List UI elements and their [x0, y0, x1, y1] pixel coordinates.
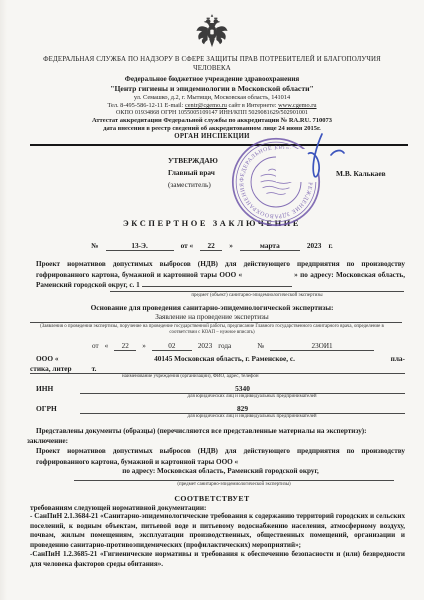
conclusion-caption: (предмет санитарно-эпидемиологической эк…	[74, 480, 394, 487]
org-wrap-fragment: пла-	[391, 354, 405, 363]
conclusion-text-1: Проект нормативов допустимых выбросов (Н…	[36, 447, 405, 465]
approver-position: Главный врач	[168, 167, 218, 179]
number-sign: №	[91, 241, 98, 250]
application-date-row: от « 22 » 02 2023 года № 23ОИ1	[92, 342, 404, 351]
conclusion-paragraph: Проект нормативов допустимых выбросов (Н…	[36, 446, 405, 466]
accreditation-date-line: дата внесения в реестр сведений об аккре…	[0, 125, 424, 132]
document-day: 22	[200, 241, 222, 251]
app-number-sign: №	[257, 342, 264, 350]
compliance-intro: требованиям следующей нормативной докуме…	[30, 504, 405, 512]
service-name: ФЕДЕРАЛЬНАЯ СЛУЖБА ПО НАДЗОРУ В СФЕРЕ ЗА…	[26, 56, 398, 74]
from-label: от «	[181, 241, 194, 250]
approve-labels: УТВЕРЖДАЮ Главный врач (заместитель)	[168, 155, 218, 190]
org-address-value: 40145 Московская область, г. Раменское, …	[59, 354, 391, 363]
norm-document-1: - СанПиН 2.1.3684-21 «Санитарно-эпидемио…	[30, 512, 405, 551]
basis-underline	[30, 321, 402, 323]
documents-intro: Представлены документы (образцы) (перечи…	[36, 426, 405, 436]
inn-value: 5340	[80, 384, 405, 394]
application-number: 23ОИ1	[270, 342, 374, 351]
application-day: 22	[114, 342, 136, 351]
app-close-quote: »	[142, 342, 146, 350]
application-year: 2023	[198, 342, 212, 350]
scanned-document-page: ФЕДЕРАЛЬНАЯ СЛУЖБА ПО НАДЗОРУ В СФЕРЕ ЗА…	[0, 0, 424, 600]
org-line2-value: т.	[82, 364, 405, 374]
document-month: марта	[240, 241, 300, 251]
app-open-quote: «	[105, 342, 109, 350]
org-type: Федеральное бюджетное учреждение здравоо…	[0, 75, 424, 83]
approval-block: УТВЕРЖДАЮ Главный врач (заместитель) М.В…	[0, 146, 424, 206]
ogrn-caption: для юридических лиц и индивидуальных пре…	[100, 414, 404, 419]
close-quote: »	[229, 241, 233, 250]
subject-caption: предмет (объект) санитарно-эпидемиологич…	[110, 291, 404, 298]
subject-paragraph: Проект нормативов допустимых выбросов (Н…	[36, 259, 405, 290]
site-label: сайт в Интернете:	[229, 102, 277, 109]
organization-caption: наименование учреждения (организации), Ф…	[122, 374, 404, 379]
compliance-verdict: СООТВЕТСТВУЕТ	[0, 494, 424, 503]
deputy-note: (заместитель)	[168, 179, 218, 191]
accreditation-line: Аттестат аккредитации Федеральной службы…	[0, 117, 424, 124]
ogrn-row: ОГРН 829	[36, 404, 405, 414]
coat-of-arms-icon	[193, 11, 231, 49]
website-text: www.cgemo.ru	[278, 102, 316, 109]
basis-caption: (Заявления о проведении экспертизы, пору…	[26, 324, 398, 336]
app-from-label: от	[92, 342, 99, 350]
inn-row: ИНН 5340	[36, 384, 405, 394]
letterhead: ФЕДЕРАЛЬНАЯ СЛУЖБА ПО НАДЗОРУ В СФЕРЕ ЗА…	[0, 0, 424, 140]
document-title: ЭКСПЕРТНОЕ ЗАКЛЮЧЕНИЕ	[0, 219, 424, 228]
basis-value: Заявление на проведение экспертизы	[0, 313, 424, 321]
conclusion-label: заключение:	[27, 437, 405, 445]
application-month: 02	[152, 342, 192, 351]
phone-label: Тел. 8-495-586-12-11 E-mail:	[107, 102, 183, 109]
inspection-body-line: ОРГАН ИНСПЕКЦИИ	[0, 133, 424, 140]
document-year: 2023	[307, 241, 322, 250]
application-year-word: года	[218, 342, 231, 350]
ogrn-label: ОГРН	[36, 404, 80, 413]
conclusion-address-line: по адресу: Московская область, Раменский…	[36, 467, 405, 475]
year-suffix: г.	[328, 241, 332, 250]
basis-heading: Основание для проведения санитарно-эпиде…	[0, 303, 424, 312]
contacts-line: Тел. 8-495-586-12-11 E-mail: centr@cgemo…	[0, 102, 424, 109]
approve-label: УТВЕРЖДАЮ	[168, 155, 218, 167]
organization-row-2: стика, литер т.	[30, 364, 405, 374]
inn-caption: для юридических лиц и индивидуальных пре…	[100, 394, 404, 399]
number-date-row: № 13-Э. от « 22 » марта 2023 г.	[0, 241, 424, 251]
organization-row: ООО « 40145 Московская область, г. Рамен…	[36, 354, 405, 363]
blank-field-line	[142, 286, 292, 287]
norm-document-2: -СанПиН 1.2.3685-21 «Гигиенические норма…	[30, 550, 405, 569]
email-text: centr@cgemo.ru	[185, 102, 227, 109]
ogrn-value: 829	[80, 404, 405, 414]
document-number: 13-Э.	[106, 241, 174, 251]
org-line2-left: стика, литер	[30, 364, 82, 374]
org-prefix: ООО «	[36, 354, 59, 363]
inn-label: ИНН	[36, 384, 80, 393]
handwritten-signature-icon	[286, 130, 348, 188]
org-address: ул. Семашко, д.2, г. Мытищи, Московская …	[0, 94, 424, 101]
org-name: "Центр гигиены и эпидемиологии в Московс…	[0, 84, 424, 93]
org-codes: ОКПО 01934868 ОГРН 1055005109147 ИНН/КПП…	[0, 110, 424, 116]
